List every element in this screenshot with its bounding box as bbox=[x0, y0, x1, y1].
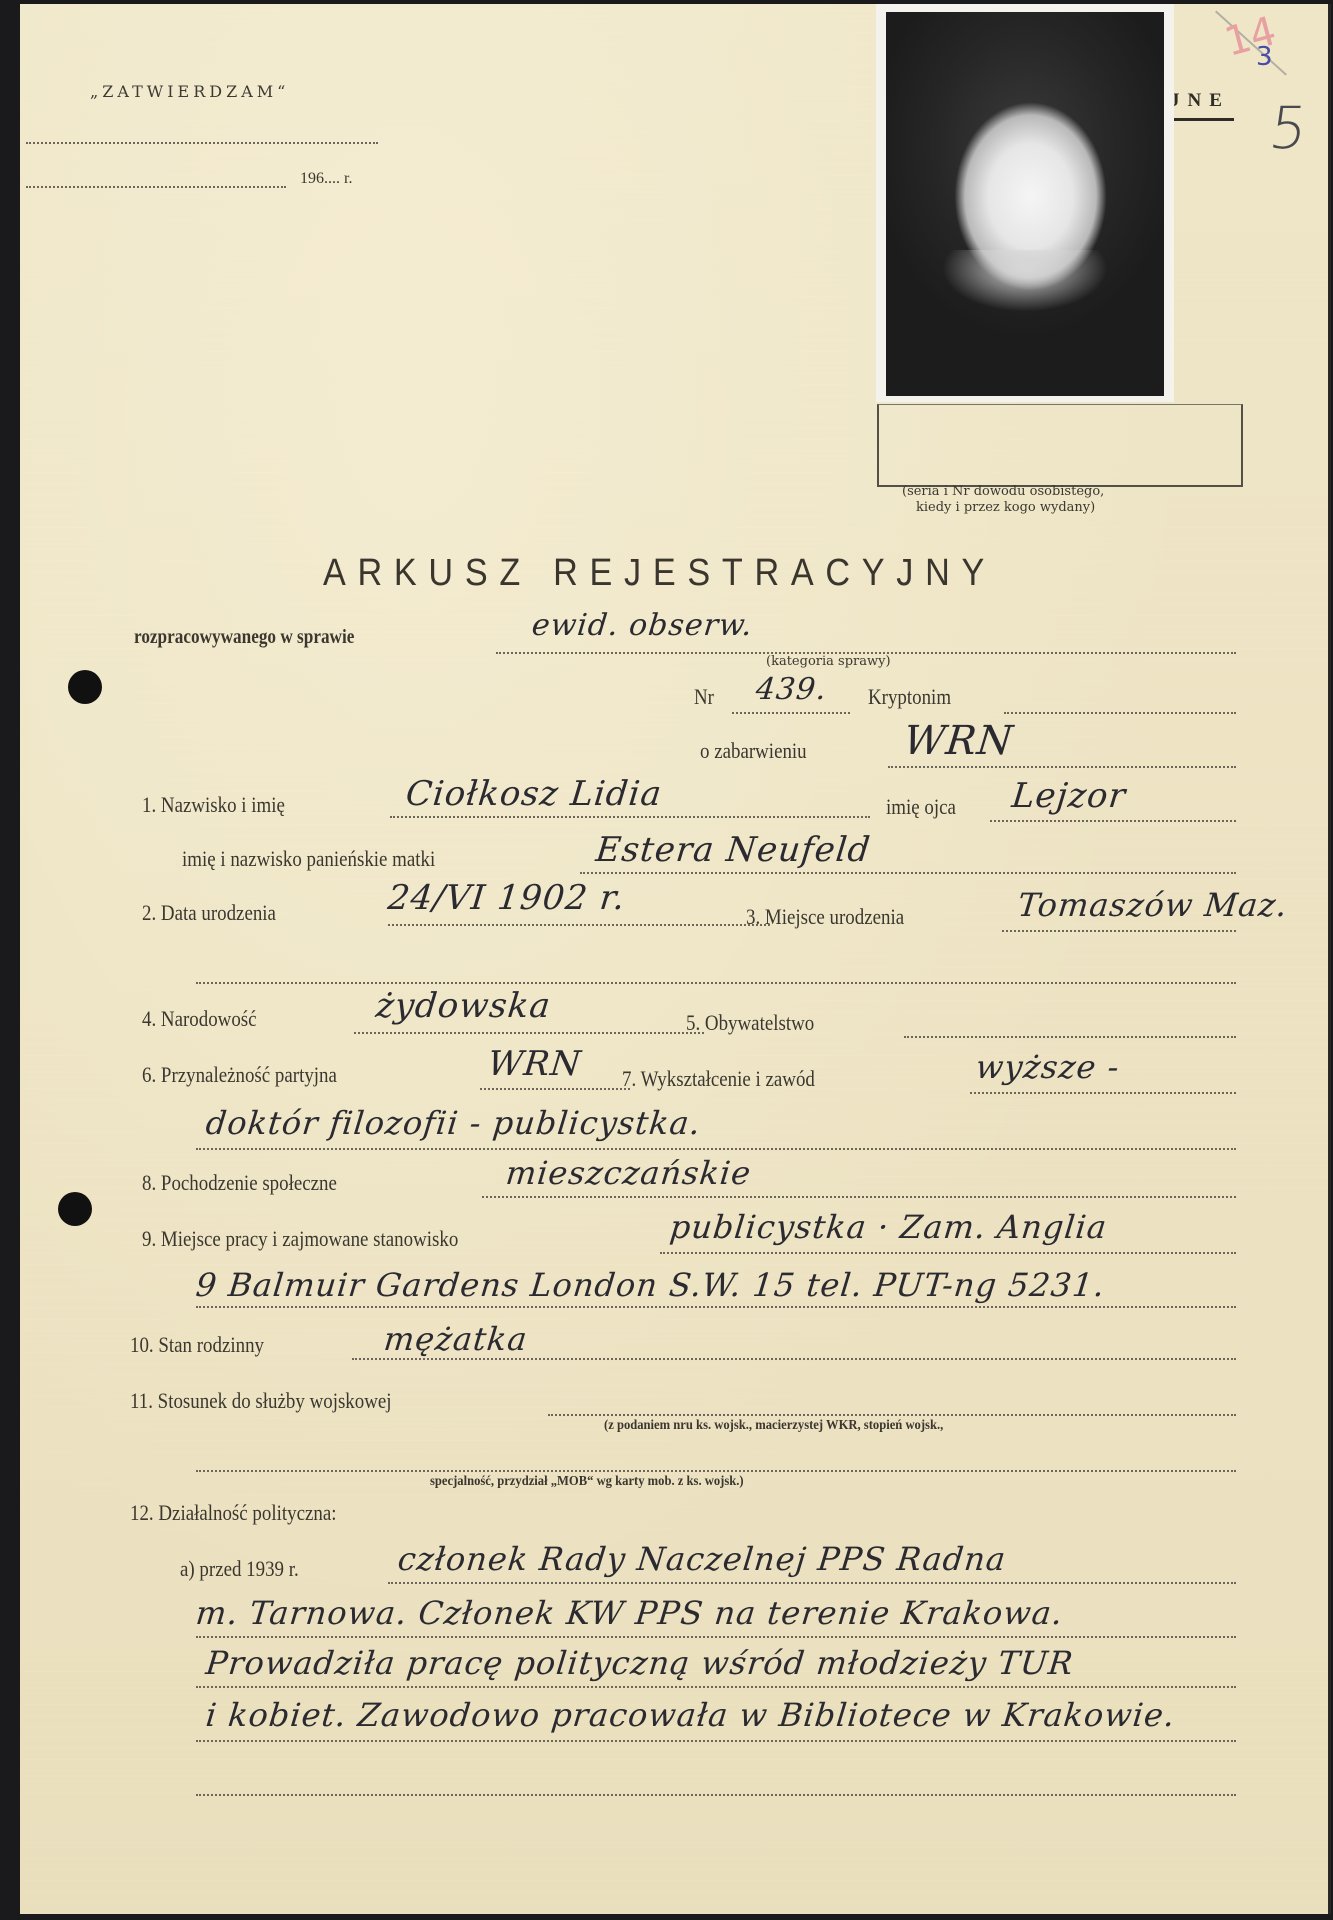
field-3-line bbox=[1002, 930, 1236, 932]
field-9-value-line2: 9 Balmuir Gardens London S.W. 15 tel. PU… bbox=[194, 1266, 1107, 1304]
mother-value: Estera Neufeld bbox=[594, 830, 873, 870]
nr-line bbox=[732, 712, 850, 714]
id-caption-line1: (seria i Nr dowodu osobistego, bbox=[902, 484, 1104, 499]
field-12a-value-line2: m. Tarnowa. Członek KW PPS na terenie Kr… bbox=[194, 1594, 1065, 1632]
field-9-value-line1: publicystka · Zam. Anglia bbox=[668, 1208, 1109, 1246]
field-11-label: 11. Stosunek do służby wojskowej bbox=[130, 1388, 392, 1414]
field-1-value: Ciołkosz Lidia bbox=[404, 774, 664, 814]
id-caption-line2: kiedy i przez kogo wydany) bbox=[916, 500, 1095, 515]
approval-label: „ZATWIERDZAM“ bbox=[90, 82, 289, 101]
case-label: rozpracowywanego w sprawie bbox=[134, 626, 354, 649]
punch-hole-top bbox=[68, 670, 102, 704]
field-12a-line-2 bbox=[196, 1636, 1236, 1638]
page-number: 5 bbox=[1265, 94, 1311, 162]
case-category-caption: (kategoria sprawy) bbox=[766, 654, 891, 669]
field-4-line bbox=[354, 1032, 704, 1034]
field-8-line bbox=[482, 1196, 1236, 1198]
kryptonim-line bbox=[1004, 712, 1236, 714]
portrait-photo bbox=[876, 4, 1174, 402]
field-9-line-2 bbox=[196, 1306, 1236, 1308]
kryptonim-label: Kryptonim bbox=[868, 684, 951, 710]
field-1-line bbox=[390, 816, 870, 818]
nr-label: Nr bbox=[694, 684, 714, 710]
field-5-label: 5. Obywatelstwo bbox=[686, 1010, 814, 1036]
field-11-line-2 bbox=[196, 1470, 1236, 1472]
field-7-value-line1: wyższe - bbox=[974, 1048, 1122, 1086]
field-3-line-2 bbox=[196, 982, 1236, 984]
field-8-label: 8. Pochodzenie społeczne bbox=[142, 1170, 337, 1196]
secrecy-heading-fragment: JNE bbox=[1170, 90, 1234, 121]
mother-label: imię i nazwisko panieńskie matki bbox=[182, 846, 435, 872]
father-line bbox=[990, 820, 1236, 822]
field-3-label: 3. Miejsce urodzenia bbox=[746, 904, 904, 930]
case-value: ewid. obserw. bbox=[530, 608, 754, 643]
field-12a-line-1 bbox=[388, 1582, 1236, 1584]
field-12a-value-line4: i kobiet. Zawodowo pracowała w Bibliotec… bbox=[204, 1696, 1177, 1734]
field-9-line bbox=[660, 1252, 1236, 1254]
field-12a-line-4 bbox=[196, 1740, 1236, 1742]
punch-hole-bottom bbox=[58, 1192, 92, 1226]
field-4-value: żydowska bbox=[374, 986, 553, 1026]
mother-line bbox=[580, 872, 1236, 874]
field-7-line-2 bbox=[196, 1148, 1236, 1150]
id-document-box bbox=[877, 404, 1243, 487]
field-3-value: Tomaszów Maz. bbox=[1016, 886, 1290, 924]
field-11-caption1: (z podaniem nru ks. wojsk., macierzystej… bbox=[604, 1418, 943, 1434]
field-11-line bbox=[548, 1414, 1236, 1416]
father-label: imię ojca bbox=[886, 794, 956, 820]
field-12-label: 12. Działalność polityczna: bbox=[130, 1500, 336, 1526]
approval-signature-line bbox=[26, 142, 378, 144]
archive-mark-blue: 3 bbox=[1256, 42, 1273, 72]
approval-year: 196.... r. bbox=[300, 170, 352, 188]
field-12a-label: a) przed 1939 r. bbox=[180, 1556, 299, 1582]
field-12a-value-line3: Prowadziła pracę polityczną wśród młodzi… bbox=[204, 1644, 1075, 1682]
nr-value: 439. bbox=[754, 672, 828, 707]
field-2-value: 24/VI 1902 r. bbox=[386, 878, 627, 918]
coloring-value: WRN bbox=[902, 718, 1016, 764]
field-7-line bbox=[970, 1092, 1236, 1094]
father-value: Lejzor bbox=[1010, 776, 1128, 816]
approval-date-line bbox=[26, 186, 286, 188]
field-12a-line-5 bbox=[196, 1794, 1236, 1796]
field-7-label: 7. Wykształcenie i zawód bbox=[622, 1066, 815, 1092]
field-11-caption2: specjalność, przydział „MOB“ wg karty mo… bbox=[430, 1474, 744, 1490]
field-2-line bbox=[388, 924, 770, 926]
field-2-label: 2. Data urodzenia bbox=[142, 900, 276, 926]
field-5-line bbox=[904, 1036, 1236, 1038]
coloring-line bbox=[888, 766, 1236, 768]
document-title: ARKUSZ REJESTRACYJNY bbox=[323, 552, 996, 595]
field-9-label: 9. Miejsce pracy i zajmowane stanowisko bbox=[142, 1226, 458, 1252]
field-12a-value-line1: członek Rady Naczelnej PPS Radna bbox=[396, 1540, 1008, 1578]
field-6-label: 6. Przynależność partyjna bbox=[142, 1062, 337, 1088]
field-10-line bbox=[352, 1358, 1236, 1360]
field-10-value: mężatka bbox=[382, 1320, 530, 1358]
field-6-line bbox=[480, 1088, 630, 1090]
field-10-label: 10. Stan rodzinny bbox=[130, 1332, 264, 1358]
field-4-label: 4. Narodowość bbox=[142, 1006, 257, 1032]
field-8-value: mieszczańskie bbox=[504, 1154, 753, 1192]
field-12a-line-3 bbox=[196, 1686, 1236, 1688]
field-7-value-line2: doktór filozofii - publicystka. bbox=[204, 1104, 703, 1142]
registration-sheet: „ZATWIERDZAM“ 196.... r. 14 3 JNE 5 (ser… bbox=[20, 4, 1331, 1914]
field-1-label: 1. Nazwisko i imię bbox=[142, 792, 285, 818]
field-6-value: WRN bbox=[486, 1044, 584, 1084]
coloring-label: o zabarwieniu bbox=[700, 738, 807, 764]
portrait-image bbox=[886, 12, 1164, 396]
